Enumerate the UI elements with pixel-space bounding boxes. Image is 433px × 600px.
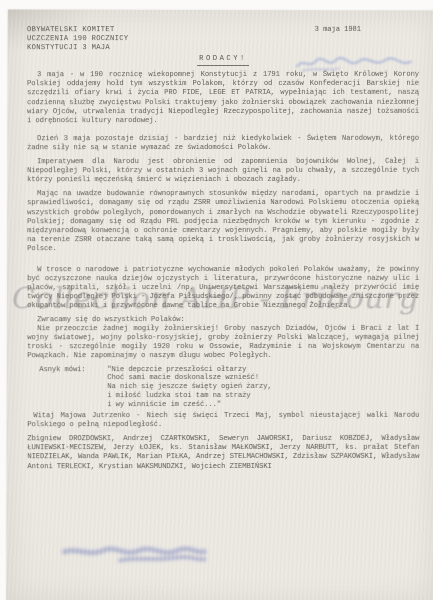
poem-attribution: Asnyk mówi: — [27, 366, 107, 410]
document-content: OBYWATELSKI KOMITET UCZCZENIA 190 ROCZNI… — [27, 26, 419, 472]
document-header: OBYWATELSKI KOMITET UCZCZENIA 190 ROCZNI… — [27, 26, 419, 53]
poem-line: i wy winniście im cześć..." — [107, 401, 271, 410]
poem-line: Choć sami macie doskonalsze wznieść! — [107, 374, 271, 383]
poem-block: Asnyk mówi: "Nie depczcie przeszłości oł… — [27, 365, 419, 409]
document-date: 3 maja 1981 — [315, 26, 361, 35]
poem-line: i miłość ludzka stoi tam na straży — [107, 392, 271, 401]
paper-sheet: OBYWATELSKI KOMITET UCZCZENIA 190 ROCZNI… — [6, 9, 433, 600]
scanned-document-page: OBYWATELSKI KOMITET UCZCZENIA 190 ROCZNI… — [0, 0, 433, 600]
closing-line: Witaj Majowa Jutrzenko - Niech się święc… — [27, 411, 419, 430]
body-paragraph: Dzień 3 maja pozostaje dzisiaj - bardzie… — [27, 135, 419, 154]
committee-line: KONSTYTUCJI 3 MAJA — [27, 44, 129, 53]
signatories-list: Zbigniew DROZDOWSKI, Andrzej CZARTKOWSKI… — [27, 435, 419, 472]
handwritten-annotation — [294, 52, 416, 76]
body-paragraph: Imperatywem dla Narodu jest obronienie o… — [27, 157, 419, 185]
body-paragraph: W trosce o narodowe i patriotyczne wycho… — [27, 265, 419, 311]
poem-line: "Nie depczcie przeszłości ołtarzy — [107, 366, 271, 375]
committee-line: UCZCZENIA 190 ROCZNICY — [27, 35, 129, 44]
faded-stamp — [58, 541, 210, 569]
body-paragraph: 3 maja - w 190 rocznicę wiekopomnej Kons… — [27, 71, 419, 127]
document-title: RODACY! — [197, 55, 249, 66]
body-paragraph: Mając na uwadze budowanie równoprawnych … — [27, 190, 419, 255]
appeal-paragraph: Nie przeoczcie żadnej mogiły żołnierskie… — [27, 325, 419, 362]
poem-lines: "Nie depczcie przeszłości ołtarzy Choć s… — [107, 366, 271, 410]
address-line: Zwracamy się do wszystkich Polaków: — [27, 315, 419, 325]
committee-line: OBYWATELSKI KOMITET — [27, 26, 129, 35]
poem-line: Na nich się jeszcze święty ogień żarzy, — [107, 383, 271, 392]
committee-header: OBYWATELSKI KOMITET UCZCZENIA 190 ROCZNI… — [27, 26, 129, 53]
